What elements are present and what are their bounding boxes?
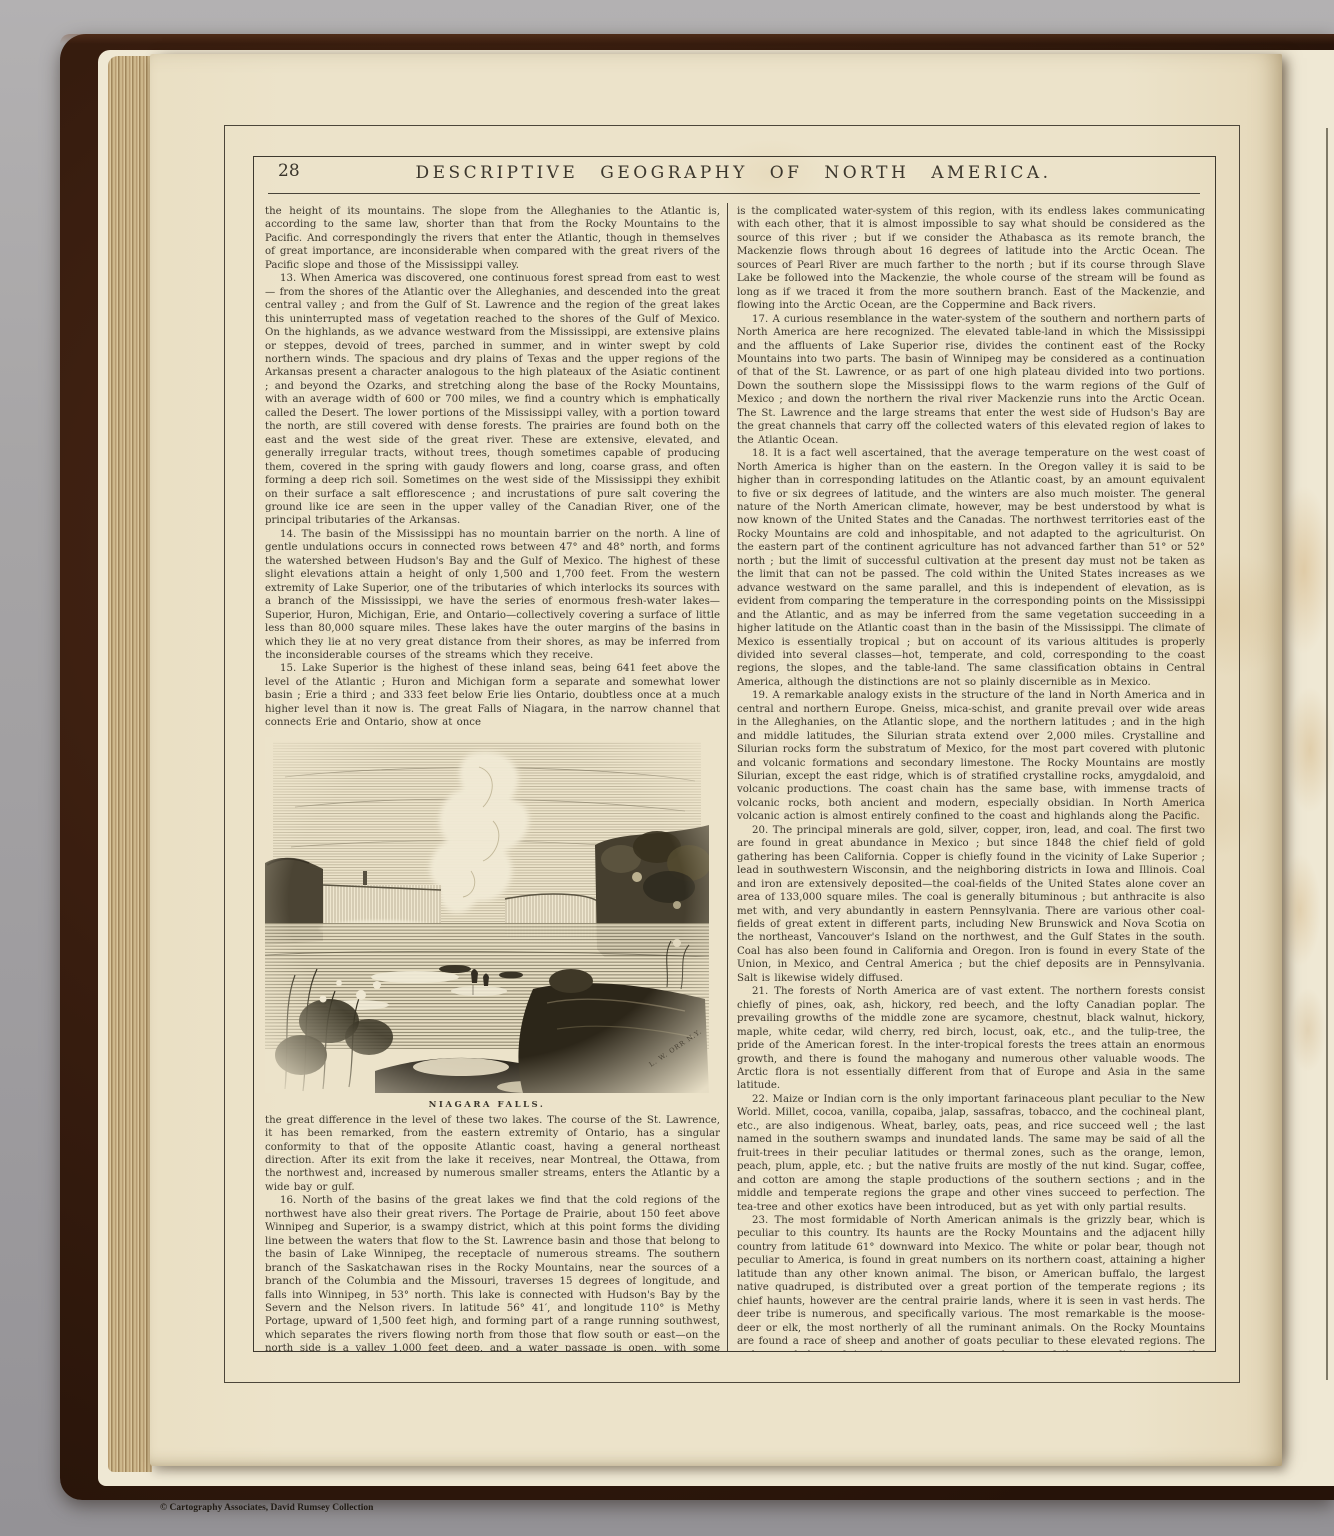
copyright-credit: © Cartography Associates, David Rumsey C…	[160, 1503, 373, 1513]
paragraph: the height of its mountains. The slope f…	[265, 205, 720, 272]
paragraph: is the complicated water-system of this …	[737, 205, 1205, 313]
paragraph: 15. Lake Superior is the highest of thes…	[265, 662, 720, 729]
paragraph: 21. The forests of North America are of …	[737, 985, 1205, 1093]
column-divider	[727, 203, 728, 1351]
paragraph: 18. It is a fact well ascertained, that …	[737, 447, 1205, 689]
facing-page-foxing	[1274, 50, 1334, 1486]
facing-page-rule	[1326, 128, 1328, 1380]
paragraph: 13. When America was discovered, one con…	[265, 272, 720, 528]
paragraph: 19. A remarkable analogy exists in the s…	[737, 689, 1205, 824]
illustration-caption: NIAGARA FALLS.	[265, 1100, 709, 1110]
paragraph: 20. The principal minerals are gold, sil…	[737, 824, 1205, 985]
paragraph: 14. The basin of the Mississippi has no …	[265, 528, 720, 663]
text-column-right: is the complicated water-system of this …	[737, 205, 1205, 1352]
paragraph: 16. North of the basins of the great lak…	[265, 1194, 720, 1352]
page-fore-edges	[108, 56, 152, 1472]
paragraph: 17. A curious resemblance in the water-s…	[737, 313, 1205, 448]
niagara-falls-engraving: L. W. ORR N.Y. NIAGARA FALLS.	[265, 737, 709, 1110]
paragraph: 23. The most formidable of North America…	[737, 1214, 1205, 1352]
header-rule	[268, 193, 1200, 194]
paragraph: the great difference in the level of the…	[265, 1114, 720, 1195]
text-column-left: the height of its mountains. The slope f…	[265, 205, 720, 1352]
book-scan: 28 DESCRIPTIVE GEOGRAPHY OF NORTH AMERIC…	[0, 0, 1334, 1536]
paragraph: 22. Maize or Indian corn is the only imp…	[737, 1093, 1205, 1214]
page-header-title: DESCRIPTIVE GEOGRAPHY OF NORTH AMERICA.	[253, 163, 1214, 183]
